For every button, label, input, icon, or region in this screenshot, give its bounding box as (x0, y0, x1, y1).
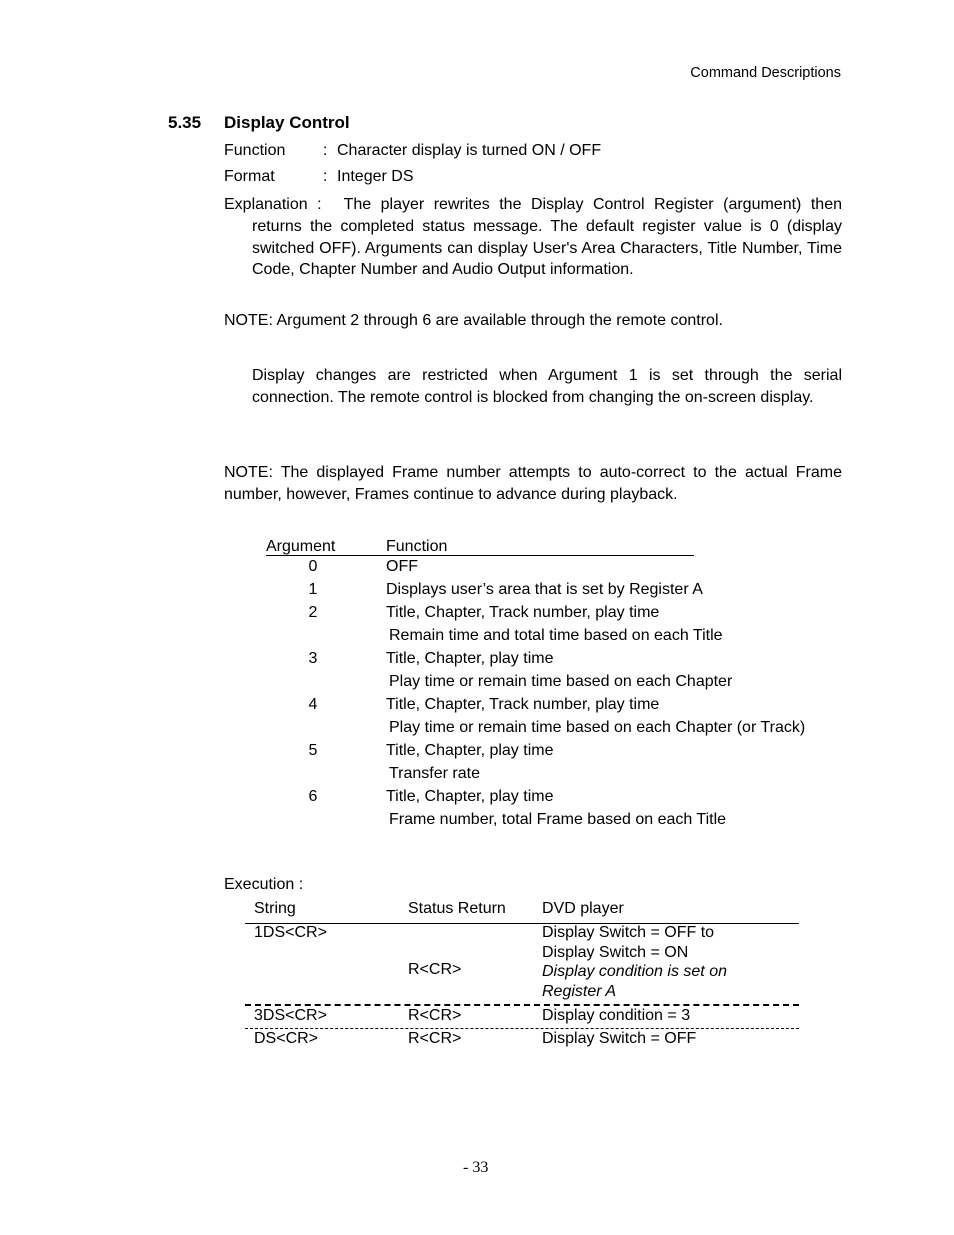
exec-row-1-player-note-2: Register A (542, 983, 616, 1001)
explanation: Explanation :The player rewrites the Dis… (224, 194, 842, 281)
exec-row-3-string: DS<CR> (254, 1030, 318, 1048)
argument-function-detail: Play time or remain time based on each C… (389, 673, 732, 691)
argument-number: 3 (306, 650, 320, 668)
exec-row-2-string: 3DS<CR> (254, 1007, 327, 1025)
execution-header-status: Status Return (408, 900, 506, 918)
arguments-header-rule (266, 555, 694, 556)
execution-label: Execution : (224, 876, 303, 894)
argument-number: 4 (306, 696, 320, 714)
execution-header-rule (245, 923, 799, 924)
argument-number: 2 (306, 604, 320, 622)
argument-function: Title, Chapter, play time (386, 650, 553, 668)
exec-row-3-status: R<CR> (408, 1030, 461, 1048)
exec-row-1-player-line-1: Display Switch = OFF to (542, 924, 714, 942)
exec-row-1-player-line-2: Display Switch = ON (542, 944, 688, 962)
exec-row-3-player: Display Switch = OFF (542, 1030, 696, 1048)
exec-row-divider (245, 1004, 799, 1006)
note-frame-number: NOTE: The displayed Frame number attempt… (224, 462, 842, 506)
running-header: Command Descriptions (690, 65, 841, 81)
display-restriction-text: Display changes are restricted when Argu… (252, 365, 842, 409)
argument-function-detail: Transfer rate (389, 765, 480, 783)
exec-row-1-player-note-1: Display condition is set on (542, 963, 727, 981)
function-value: Character display is turned ON / OFF (337, 142, 601, 160)
page-number: - 33 (463, 1159, 488, 1177)
exec-row-2-status: R<CR> (408, 1007, 461, 1025)
arguments-header-argument: Argument (266, 538, 335, 556)
execution-header-string: String (254, 900, 296, 918)
section-number: 5.35 (168, 113, 201, 133)
exec-row-1-status: R<CR> (408, 961, 461, 979)
argument-number: 1 (306, 581, 320, 599)
argument-number: 0 (306, 558, 320, 576)
exec-row-1-string: 1DS<CR> (254, 924, 327, 942)
argument-number: 6 (306, 788, 320, 806)
arguments-header-function: Function (386, 538, 447, 556)
argument-function: OFF (386, 558, 418, 576)
format-label: Format (224, 168, 275, 186)
argument-function: Title, Chapter, Track number, play time (386, 696, 659, 714)
explanation-label: Explanation : (224, 196, 322, 213)
argument-function-detail: Frame number, total Frame based on each … (389, 811, 726, 829)
function-label: Function (224, 142, 285, 160)
format-value: Integer DS (337, 168, 413, 186)
explanation-text: The player rewrites the Display Control … (252, 196, 842, 278)
note-remote-control: NOTE: Argument 2 through 6 are available… (224, 312, 723, 330)
format-colon: : (323, 168, 327, 186)
argument-function: Title, Chapter, Track number, play time (386, 604, 659, 622)
argument-function: Displays user’s area that is set by Regi… (386, 581, 703, 599)
function-colon: : (323, 142, 327, 160)
exec-row-2-player: Display condition = 3 (542, 1007, 690, 1025)
argument-number: 5 (306, 742, 320, 760)
execution-header-player: DVD player (542, 900, 624, 918)
exec-row-divider (245, 1028, 799, 1029)
argument-function: Title, Chapter, play time (386, 788, 553, 806)
argument-function-detail: Remain time and total time based on each… (389, 627, 723, 645)
argument-function: Title, Chapter, play time (386, 742, 553, 760)
argument-function-detail: Play time or remain time based on each C… (389, 719, 805, 737)
section-title: Display Control (224, 113, 350, 133)
